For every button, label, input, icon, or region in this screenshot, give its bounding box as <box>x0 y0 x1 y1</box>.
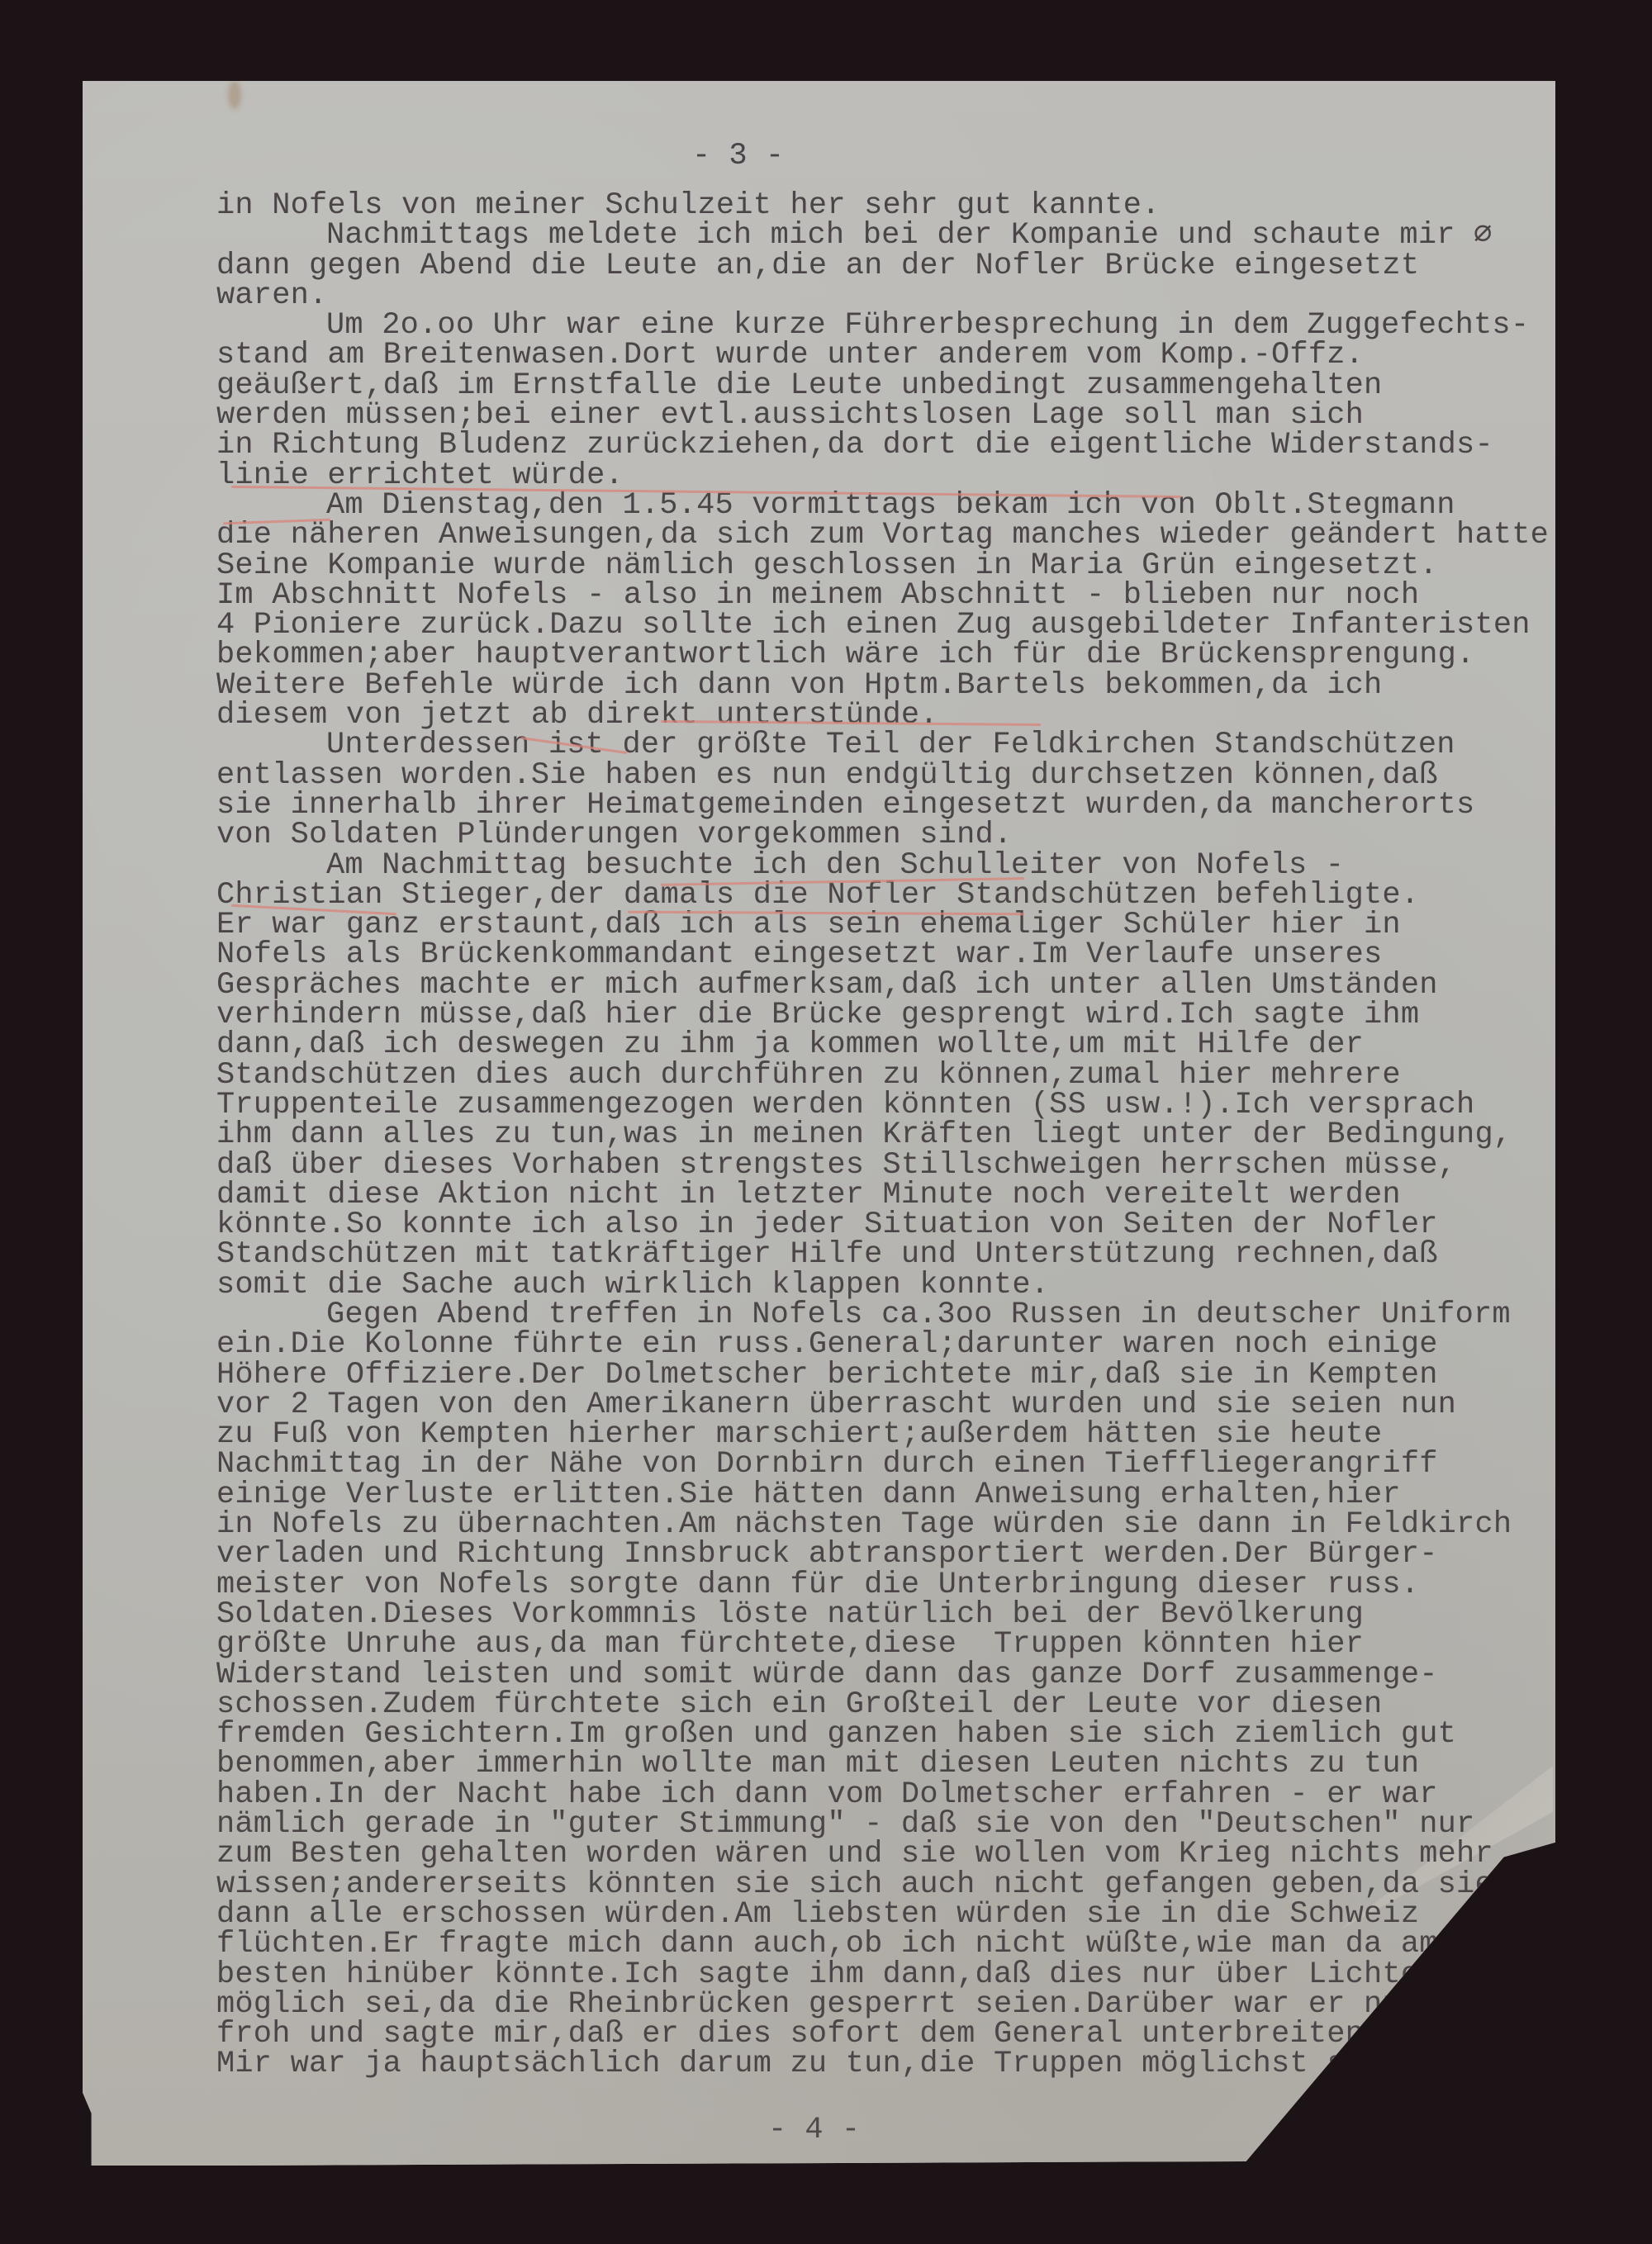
text-line: könnte.So konnte ich also in jeder Situa… <box>216 1210 1567 1240</box>
text-line: benommen,aber immerhin wollte man mit di… <box>216 1749 1567 1779</box>
text-line: Seine Kompanie wurde nämlich geschlossen… <box>216 551 1567 581</box>
text-line: Standschützen dies auch durchführen zu k… <box>216 1060 1567 1090</box>
text-line: ein.Die Kolonne führte ein russ.General;… <box>216 1330 1567 1359</box>
text-line: wissen;andererseits könnten sie sich auc… <box>216 1870 1567 1900</box>
text-line: stand am Breitenwasen.Dort wurde unter a… <box>216 340 1567 370</box>
document-page: - 3 - in Nofels von meiner Schulzeit her… <box>83 81 1555 2166</box>
page-number-top: - 3 - <box>692 139 784 173</box>
text-line: meister von Nofels sorgte dann für die U… <box>216 1570 1567 1600</box>
text-line: Widerstand leisten und somit würde dann … <box>216 1660 1567 1690</box>
text-line: 4 Pioniere zurück.Dazu sollte ich einen … <box>216 610 1567 640</box>
text-line: Truppenteile zusammengezogen werden könn… <box>216 1090 1567 1120</box>
text-line: flüchten.Er fragte mich dann auch,ob ich… <box>216 1929 1567 1959</box>
text-line: zu Fuß von Kempten hierher marschiert;au… <box>216 1420 1567 1449</box>
text-line: Standschützen mit tatkräftiger Hilfe und… <box>216 1240 1567 1269</box>
text-line: Nachmittag in der Nähe von Dornbirn durc… <box>216 1449 1567 1479</box>
text-line: linie errichtet würde. <box>216 461 1567 491</box>
text-line: verladen und Richtung Innsbruck abtransp… <box>216 1539 1567 1569</box>
text-line: verhindern müsse,daß hier die Brücke ges… <box>216 1000 1567 1030</box>
text-line: nämlich gerade in "guter Stimmung" - daß… <box>216 1810 1567 1839</box>
text-line: ihm dann alles zu tun,was in meinen Kräf… <box>216 1120 1567 1150</box>
text-line: dann,daß ich deswegen zu ihm ja kommen w… <box>216 1030 1567 1060</box>
text-line: somit die Sache auch wirklich klappen ko… <box>216 1270 1567 1300</box>
text-line: Nofels als Brückenkommandant eingesetzt … <box>216 940 1567 970</box>
text-line: werden müssen;bei einer evtl.aussichtslo… <box>216 401 1567 430</box>
text-line: geäußert,daß im Ernstfalle die Leute unb… <box>216 371 1567 401</box>
text-line: schossen.Zudem fürchtete sich ein Großte… <box>216 1690 1567 1720</box>
text-line: Am Dienstag,den 1.5.45 vormittags bekam … <box>216 491 1567 520</box>
text-line: Am Nachmittag besuchte ich den Schulleit… <box>216 851 1567 880</box>
text-line: Höhere Offiziere.Der Dolmetscher bericht… <box>216 1360 1567 1390</box>
text-line: Gegen Abend treffen in Nofels ca.3oo Rus… <box>216 1300 1567 1330</box>
text-line: größte Unruhe aus,da man fürchtete,diese… <box>216 1630 1567 1659</box>
text-line: damit diese Aktion nicht in letzter Minu… <box>216 1180 1567 1210</box>
text-line: waren. <box>216 281 1567 311</box>
text-line: besten hinüber könnte.Ich sagte ihm dann… <box>216 1960 1567 1990</box>
text-line: fremden Gesichtern.Im großen und ganzen … <box>216 1720 1567 1749</box>
text-line: Im Abschnitt Nofels - also in meinem Abs… <box>216 581 1567 610</box>
text-line: einige Verluste erlitten.Sie hätten dann… <box>216 1480 1567 1510</box>
text-line: sie innerhalb ihrer Heimatgemeinden eing… <box>216 790 1567 820</box>
text-line: in Nofels von meiner Schulzeit her sehr … <box>216 191 1567 221</box>
text-line: Nachmittags meldete ich mich bei der Kom… <box>216 221 1567 250</box>
typewritten-body: in Nofels von meiner Schulzeit her sehr … <box>216 191 1567 2080</box>
text-line: dann alle erschossen würden.Am liebsten … <box>216 1900 1567 1929</box>
text-line: diesem von jetzt ab direkt unterstünde. <box>216 700 1567 730</box>
text-line: entlassen worden.Sie haben es nun endgül… <box>216 761 1567 790</box>
text-line: vor 2 Tagen von den Amerikanern überrasc… <box>216 1390 1567 1420</box>
text-line: zum Besten gehalten worden wären und sie… <box>216 1839 1567 1869</box>
text-line: in Nofels zu übernachten.Am nächsten Tag… <box>216 1510 1567 1539</box>
text-line: von Soldaten Plünderungen vorgekommen si… <box>216 820 1567 850</box>
text-line: froh und sagte mir,daß er dies sofort de… <box>216 2019 1567 2049</box>
text-line: Um 2o.oo Uhr war eine kurze Führerbespre… <box>216 311 1567 340</box>
text-line: daß über dieses Vorhaben strengstes Stil… <box>216 1150 1567 1180</box>
text-line: bekommen;aber hauptverantwortlich wäre i… <box>216 640 1567 670</box>
text-line: die näheren Anweisungen,da sich zum Vort… <box>216 520 1567 550</box>
page-number-bottom: - 4 - <box>768 2113 860 2147</box>
text-line: haben.In der Nacht habe ich dann vom Dol… <box>216 1780 1567 1810</box>
text-line: Er war ganz erstaunt,daß ich als sein eh… <box>216 910 1567 940</box>
text-line: Gespräches machte er mich aufmerksam,daß… <box>216 970 1567 1000</box>
text-line: Mir war ja hauptsächlich darum zu tun,di… <box>216 2049 1567 2079</box>
text-line: in Richtung Bludenz zurückziehen,da dort… <box>216 430 1567 460</box>
text-line: Christian Stieger,der damals die Nofler … <box>216 880 1567 910</box>
text-line: Soldaten.Dieses Vorkommnis löste natürli… <box>216 1600 1567 1630</box>
text-line: dann gegen Abend die Leute an,die an der… <box>216 251 1567 281</box>
paper-stain <box>228 81 241 109</box>
text-line: Weitere Befehle würde ich dann von Hptm.… <box>216 671 1567 700</box>
text-line: Unterdessen ist der größte Teil der Feld… <box>216 730 1567 760</box>
text-line: möglich sei,da die Rheinbrücken gesperrt… <box>216 1990 1567 2019</box>
